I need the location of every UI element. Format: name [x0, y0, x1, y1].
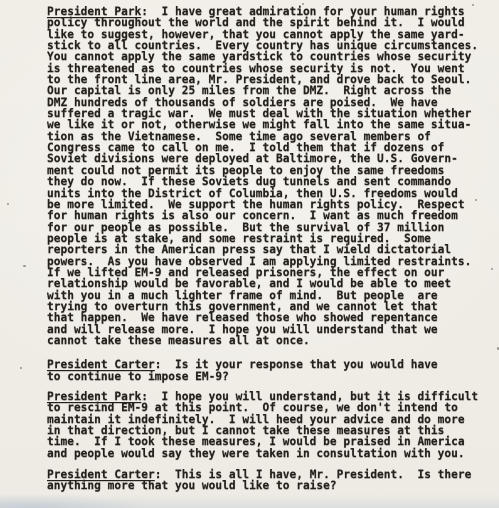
paragraph-carter-2: President Carter: This is all I have, Mr…	[47, 469, 493, 492]
paragraph-park-2: President Park: I hope you will understa…	[47, 391, 493, 459]
paragraph-park-1-text: : I have great admiration for your human…	[47, 5, 478, 347]
scan-speck	[20, 367, 22, 369]
paragraph-park-1: President Park: I have great admiration …	[47, 6, 493, 346]
scan-speck	[472, 4, 474, 6]
scan-speck	[491, 268, 493, 270]
scan-speck	[475, 199, 477, 201]
scan-speck	[23, 265, 26, 267]
scan-speck	[7, 203, 9, 205]
scan-speck	[302, 3, 304, 5]
scan-bottom-left-shading	[0, 490, 150, 508]
paragraph-carter-1: President Carter: Is it your response th…	[47, 359, 493, 382]
scanned-memo-page: President Park: I have great admiration …	[0, 0, 499, 508]
paragraph-park-2-text: : I hope you will understand, but it is …	[47, 390, 478, 460]
